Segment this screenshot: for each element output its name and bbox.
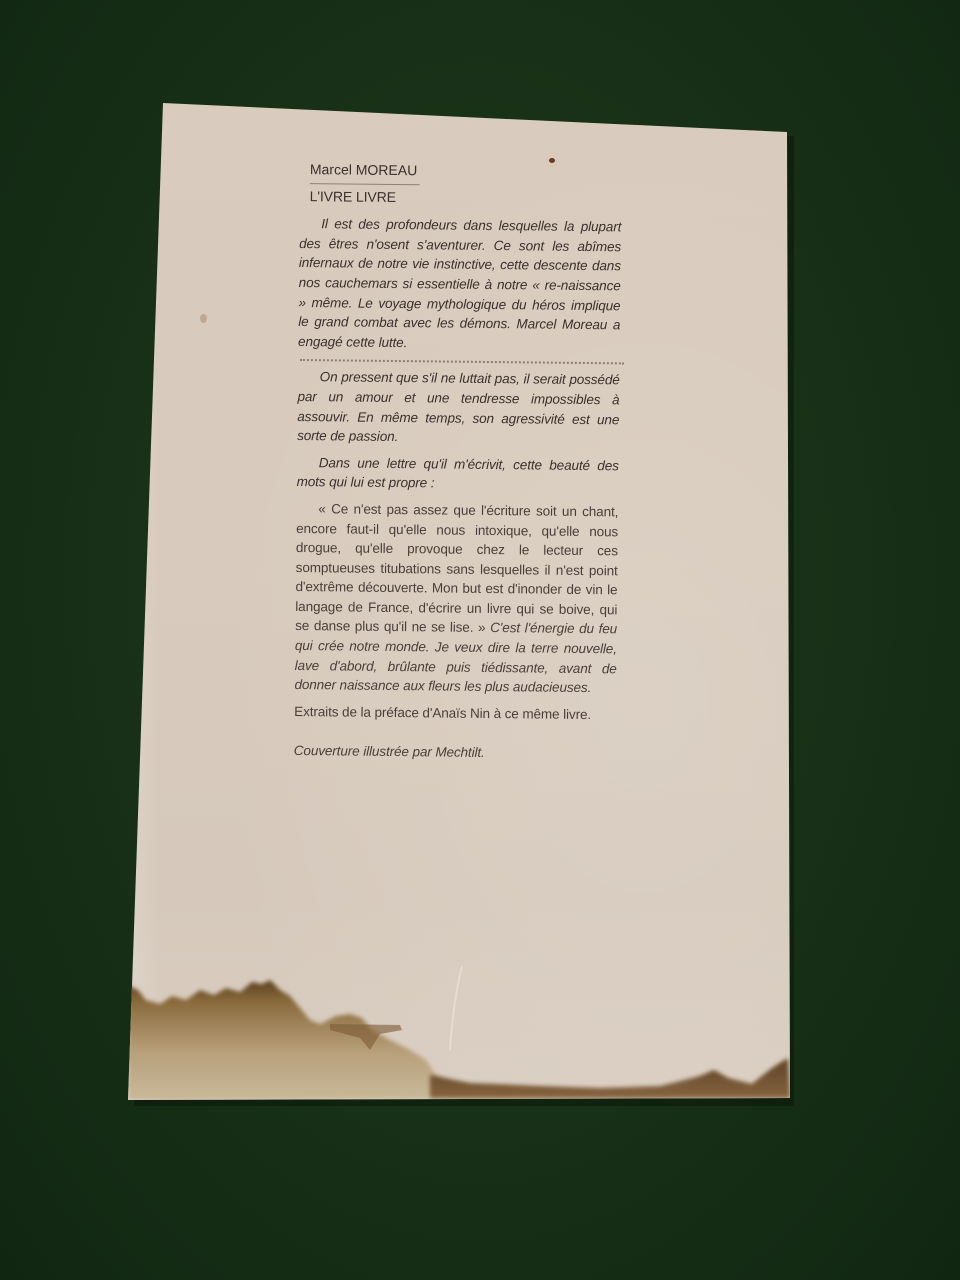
back-cover-text: Marcel MOREAU L'IVRE LIVRE Il est des pr…: [294, 160, 622, 764]
book-title: L'IVRE LIVRE: [310, 187, 622, 210]
dotted-separator: [300, 359, 624, 364]
blurb-paragraph: On pressent que s'il ne luttait pas, il …: [297, 367, 620, 449]
quote-paragraph: « Ce n'est pas assez que l'écriture soit…: [294, 499, 618, 698]
cover-illustration-credit: Couverture illustrée par Mechtilt.: [294, 741, 616, 764]
blurb-paragraph: Il est des profondeurs dans lesquelles l…: [298, 214, 621, 355]
title-rule: [310, 183, 420, 185]
quote-text: « Ce n'est pas assez que l'écriture soit…: [295, 501, 618, 635]
preface-credit: Extraits de la préface d'Anaïs Nin à ce …: [294, 702, 616, 725]
blurb-paragraph: Dans une lettre qu'il m'écrivit, cette b…: [297, 453, 619, 496]
author-name: Marcel MOREAU: [310, 160, 622, 183]
stain-spot: [200, 314, 207, 323]
